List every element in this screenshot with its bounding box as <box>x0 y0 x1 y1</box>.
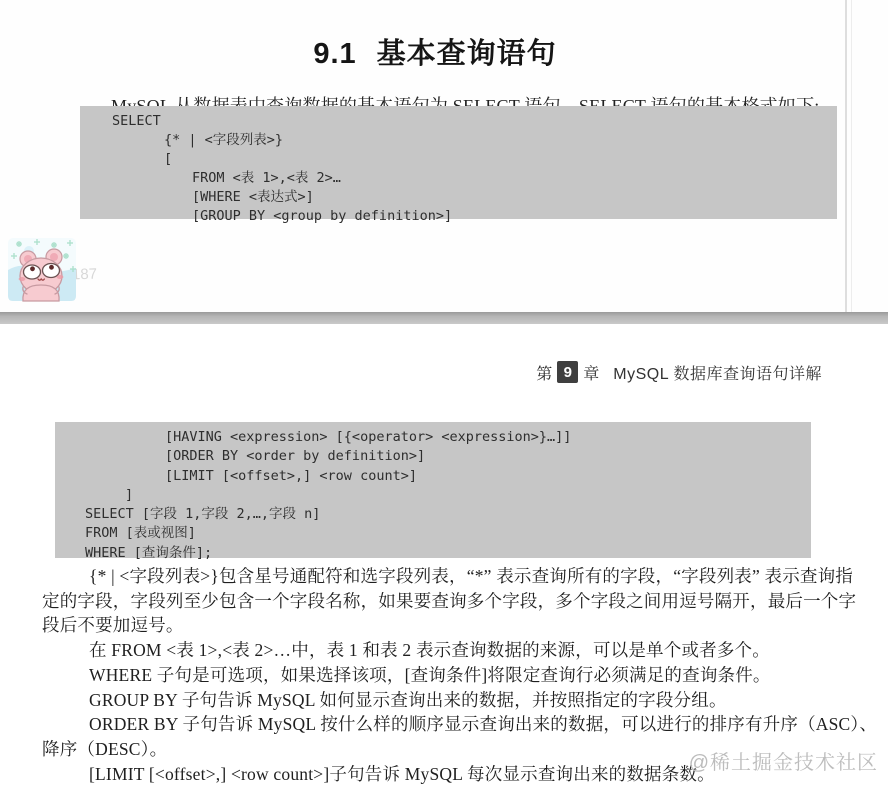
page-fragment-top: 9.1基本查询语句 MySQL 从数据表中查询数据的基本语句为 SELECT 语… <box>0 0 888 312</box>
code-line: FROM <表 1>,<表 2>… <box>192 169 837 188</box>
chapter-number-badge: 9 <box>557 361 578 383</box>
code-line: [WHERE <表达式>] <box>192 188 837 207</box>
scan-page-edge <box>845 0 847 312</box>
code-line: {* | <字段列表>} <box>164 131 837 150</box>
sql-syntax-code-block-top: SELECT {* | <字段列表>} [ FROM <表 1>,<表 2>… … <box>80 106 837 219</box>
hamster-sticker-image <box>7 236 79 303</box>
code-line: [HAVING <expression> [{<operator> <expre… <box>165 428 811 447</box>
code-line: [LIMIT [<offset>,] <row count>] <box>165 467 811 486</box>
hamster-sticker <box>7 236 79 303</box>
code-line: SELECT [字段 1,字段 2,…,字段 n] <box>85 505 811 524</box>
book-scan-page: 9.1基本查询语句 MySQL 从数据表中查询数据的基本语句为 SELECT 语… <box>0 0 888 792</box>
body-line: 定的字段，字段列至少包含一个字段名称，如果要查询多个字段，多个字段之间用逗号隔开… <box>42 589 866 614</box>
code-line: FROM [表或视图] <box>85 524 811 543</box>
chapter-title: MySQL 数据库查询语句详解 <box>613 361 822 384</box>
sql-syntax-code-block-bottom: [HAVING <expression> [{<operator> <expre… <box>55 422 811 558</box>
body-line: WHERE 子句是可选项，如果选择该项，[查询条件]将限定查询行必须满足的查询条… <box>42 663 866 688</box>
running-header: 第 9 章 MySQL 数据库查询语句详解 <box>536 360 822 384</box>
fragment-divider <box>0 312 888 324</box>
section-number: 9.1 <box>313 38 356 70</box>
section-heading: 9.1基本查询语句 <box>0 31 870 72</box>
code-line: ] <box>125 486 811 505</box>
body-line: GROUP BY 子句告诉 MySQL 如何显示查询出来的数据，并按照指定的字段… <box>42 688 866 713</box>
chapter-suffix: 章 <box>583 361 599 384</box>
code-line: [ORDER BY <order by definition>] <box>165 447 811 466</box>
body-line: 在 FROM <表 1>,<表 2>…中，表 1 和表 2 表示查询数据的来源，… <box>42 638 866 663</box>
section-title: 基本查询语句 <box>377 38 557 70</box>
body-line: {* | <字段列表>}包含星号通配符和选字段列表，“*” 表示查询所有的字段，… <box>42 564 866 589</box>
body-line: 段后不要加逗号。 <box>42 613 866 638</box>
code-line: SELECT <box>112 112 837 131</box>
code-line: [GROUP BY <group by definition>] <box>192 207 837 226</box>
page-fragment-bottom: 第 9 章 MySQL 数据库查询语句详解 [HAVING <expressio… <box>0 324 888 792</box>
code-line: [ <box>164 150 837 169</box>
juejin-watermark: @稀土掘金技术社区 <box>689 746 878 775</box>
code-line: WHERE [查询条件]; <box>85 544 811 563</box>
body-line: ORDER BY 子句告诉 MySQL 按什么样的顺序显示查询出来的数据，可以进… <box>42 712 866 737</box>
scan-page-edge <box>851 0 852 312</box>
chapter-prefix: 第 <box>536 361 552 384</box>
